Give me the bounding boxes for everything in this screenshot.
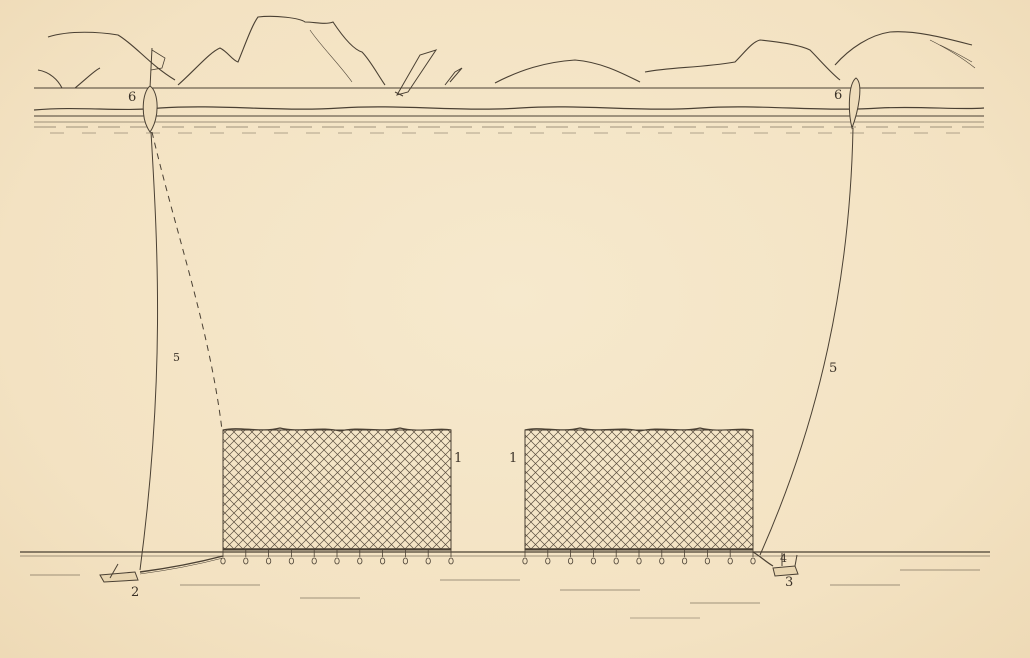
sea-bottom [20,552,990,618]
label-buoy-left: 6 [128,91,136,104]
buoy-right-icon [849,78,859,128]
anchor-left-icon [100,556,223,582]
label-net-right: 1 [509,452,517,465]
anchor-right-icon [753,552,798,576]
sailboat-icon [395,50,462,96]
engraving-plate: 1 1 2 3 4 5 5 6 6 [0,0,1030,658]
label-line-right: 5 [829,362,837,375]
label-anchor-left: 2 [131,586,139,599]
label-marker: 4 [780,553,787,564]
net-illustration [0,0,1030,658]
buoy-left-icon [143,48,165,132]
label-buoy-right: 6 [834,89,842,102]
net-right [525,428,753,550]
mountain-range [38,16,975,88]
label-net-left: 1 [454,452,462,465]
label-anchor-right: 3 [785,576,793,589]
label-line-left: 5 [173,352,180,363]
net-left [223,428,451,550]
